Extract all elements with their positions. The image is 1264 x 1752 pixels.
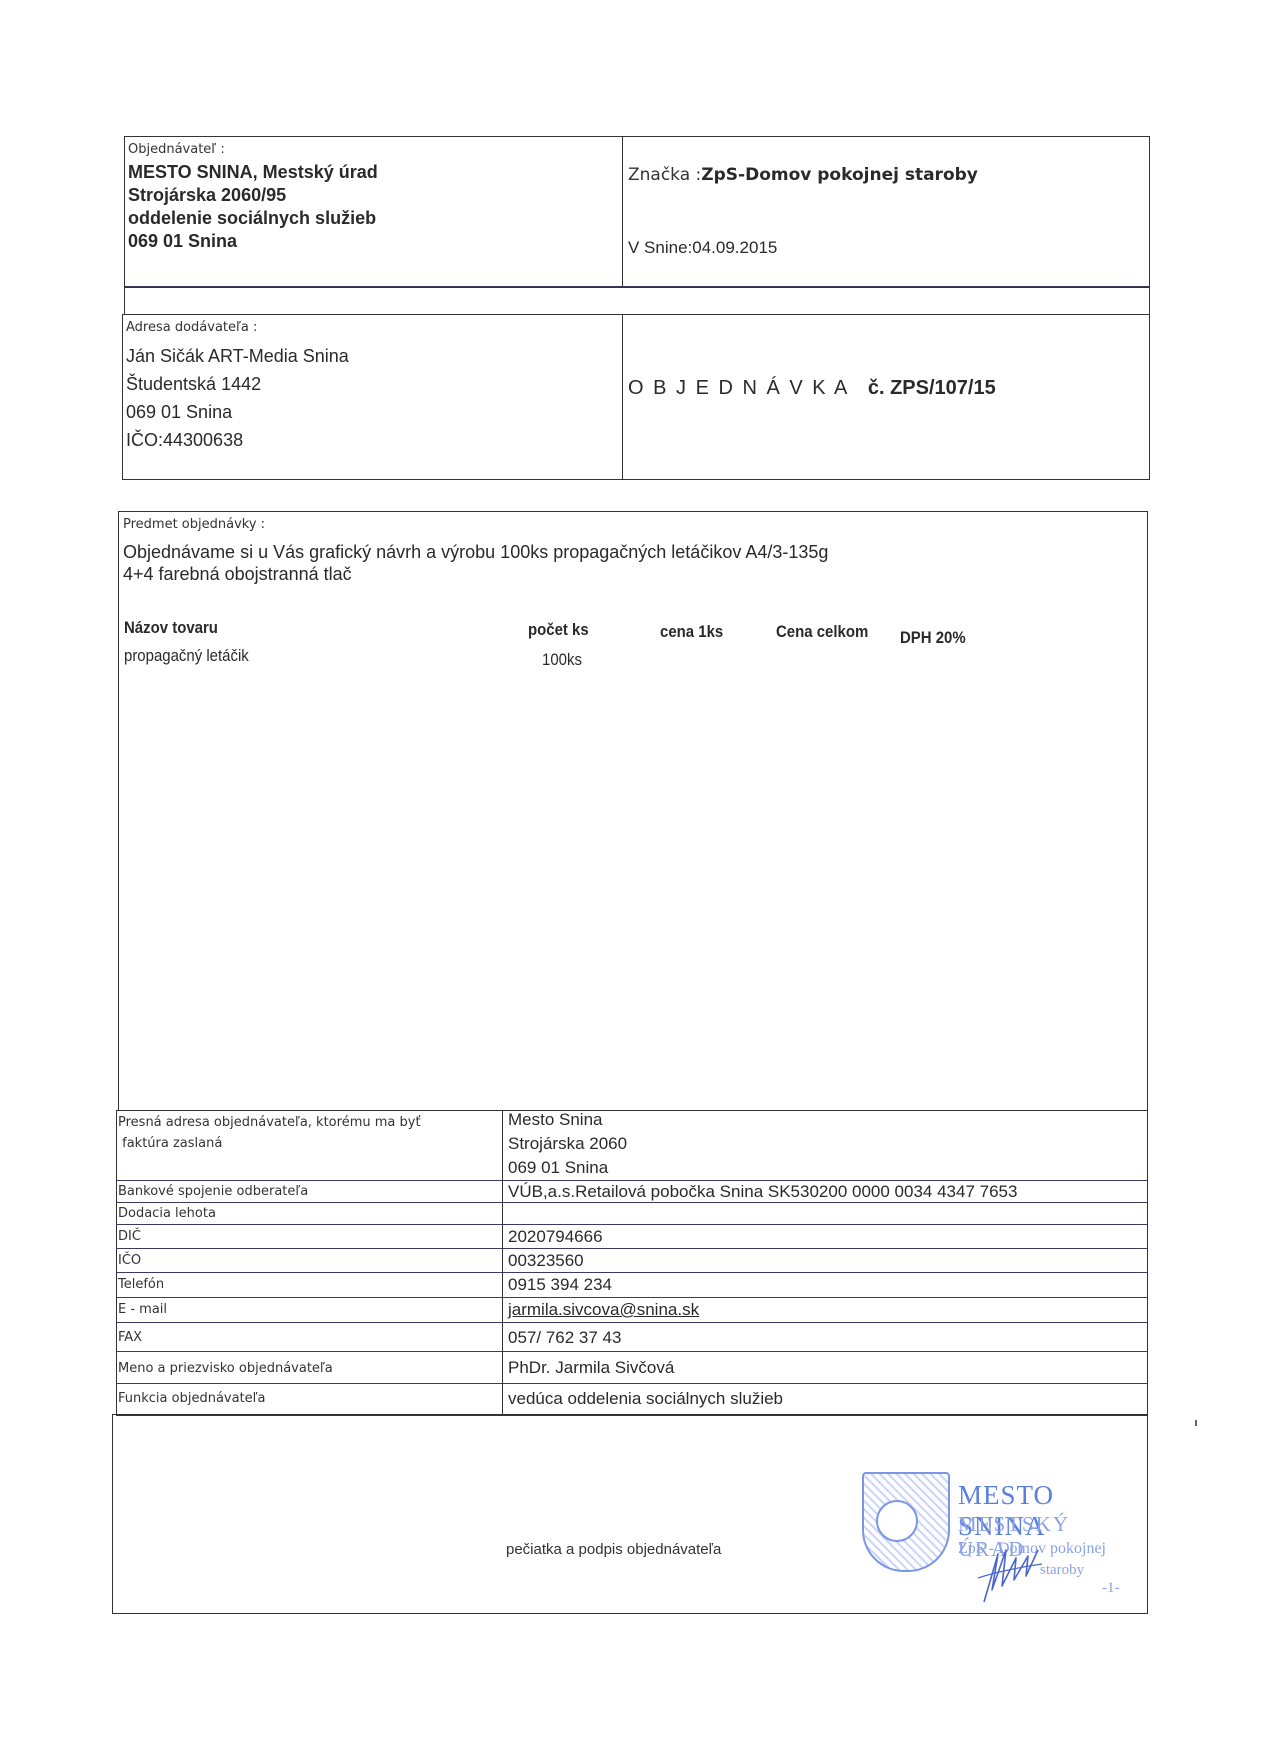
- row-sep: [116, 1224, 1148, 1225]
- subject-box: [118, 511, 1148, 1111]
- value-email-link[interactable]: jarmila.sivcova@snina.sk: [508, 1300, 699, 1320]
- mark-field: Značka :ZpS-Domov pokojnej staroby: [628, 164, 978, 185]
- value-orderer-name: PhDr. Jarmila Sivčová: [508, 1358, 674, 1378]
- goods-header-vat: DPH 20%: [900, 628, 966, 648]
- orderer-label: Objednávateľ :: [128, 142, 225, 157]
- orderer-department: oddelenie sociálnych služieb: [128, 208, 376, 229]
- orderer-name: MESTO SNINA, Mestský úrad: [128, 162, 378, 183]
- spacer-left: [124, 286, 125, 314]
- value-fax: 057/ 762 37 43: [508, 1328, 621, 1348]
- supplier-name: Ján Sičák ART-Media Snina: [126, 346, 349, 367]
- handwritten-signature-icon: [972, 1540, 1052, 1610]
- label-orderer-function: Funkcia objednávateľa: [118, 1391, 266, 1406]
- value-billing-address-3: 069 01 Snina: [508, 1158, 608, 1178]
- stamp-page-number: -1-: [1102, 1580, 1120, 1597]
- label-phone: Telefón: [118, 1277, 164, 1292]
- row-sep: [116, 1272, 1148, 1273]
- goods-header-name: Názov tovaru: [124, 618, 218, 638]
- order-title: O B J E D N Á V K A: [628, 377, 849, 399]
- row-sep: [116, 1202, 1148, 1203]
- goods-header-total: Cena celkom: [776, 622, 868, 642]
- subject-line-2: 4+4 farebná obojstranná tlač: [123, 564, 352, 585]
- coat-of-arms-icon: [862, 1472, 950, 1572]
- label-email: E - mail: [118, 1302, 167, 1317]
- goods-row-name: propagačný letáčik: [124, 646, 249, 666]
- orderer-city: 069 01 Snina: [128, 231, 237, 252]
- supplier-label: Adresa dodávateľa :: [126, 320, 257, 335]
- value-phone: 0915 394 234: [508, 1275, 612, 1295]
- order-heading: O B J E D N Á V K A č. ZPS/107/15: [628, 377, 996, 400]
- goods-row-qty: 100ks: [542, 650, 582, 670]
- subject-label: Predmet objednávky :: [123, 517, 265, 532]
- goods-header-unit-price: cena 1ks: [660, 622, 723, 642]
- value-ico: 00323560: [508, 1251, 584, 1271]
- spacer-right: [1149, 286, 1150, 314]
- supplier-ico: IČO:44300638: [126, 430, 243, 451]
- row-sep: [116, 1351, 1148, 1352]
- label-fax: FAX: [118, 1330, 142, 1345]
- spacer-line-top: [124, 286, 1150, 287]
- supplier-street: Študentská 1442: [126, 374, 261, 395]
- order-number: č. ZPS/107/15: [868, 377, 996, 399]
- subject-line-1: Objednávame si u Vás grafický návrh a vý…: [123, 542, 828, 563]
- row-sep: [116, 1180, 1148, 1181]
- scan-speck: [1195, 1420, 1197, 1426]
- value-dic: 2020794666: [508, 1227, 603, 1247]
- value-billing-address-1: Mesto Snina: [508, 1110, 603, 1130]
- row-sep: [116, 1383, 1148, 1384]
- value-bank: VÚB,a.s.Retailová pobočka Snina SK530200…: [508, 1182, 1017, 1202]
- mark-label: Značka :: [628, 165, 701, 185]
- seal-icon: [876, 1500, 918, 1542]
- label-dic: DIČ: [118, 1229, 141, 1244]
- goods-header-qty: počet ks: [528, 620, 589, 640]
- value-billing-address-2: Strojárska 2060: [508, 1134, 627, 1154]
- row-sep: [116, 1322, 1148, 1323]
- orderer-street: Strojárska 2060/95: [128, 185, 286, 206]
- label-ico: IČO: [118, 1253, 141, 1268]
- row-sep: [116, 1248, 1148, 1249]
- label-billing-address: Presná adresa objednávateľa, ktorému ma …: [118, 1112, 421, 1154]
- supplier-city: 069 01 Snina: [126, 402, 232, 423]
- mark-value: ZpS-Domov pokojnej staroby: [701, 165, 978, 185]
- place-date: V Snine:04.09.2015: [628, 238, 777, 258]
- label-delivery-term: Dodacia lehota: [118, 1206, 216, 1221]
- label-bank: Bankové spojenie odberateľa: [118, 1184, 308, 1199]
- value-orderer-function: vedúca oddelenia sociálnych služieb: [508, 1389, 783, 1409]
- label-orderer-name: Meno a priezvisko objednávateľa: [118, 1361, 333, 1376]
- orderer-divider: [622, 136, 623, 288]
- supplier-divider: [622, 314, 623, 480]
- details-divider: [502, 1110, 503, 1416]
- signature-caption: pečiatka a podpis objednávateľa: [506, 1541, 721, 1558]
- row-sep: [116, 1297, 1148, 1298]
